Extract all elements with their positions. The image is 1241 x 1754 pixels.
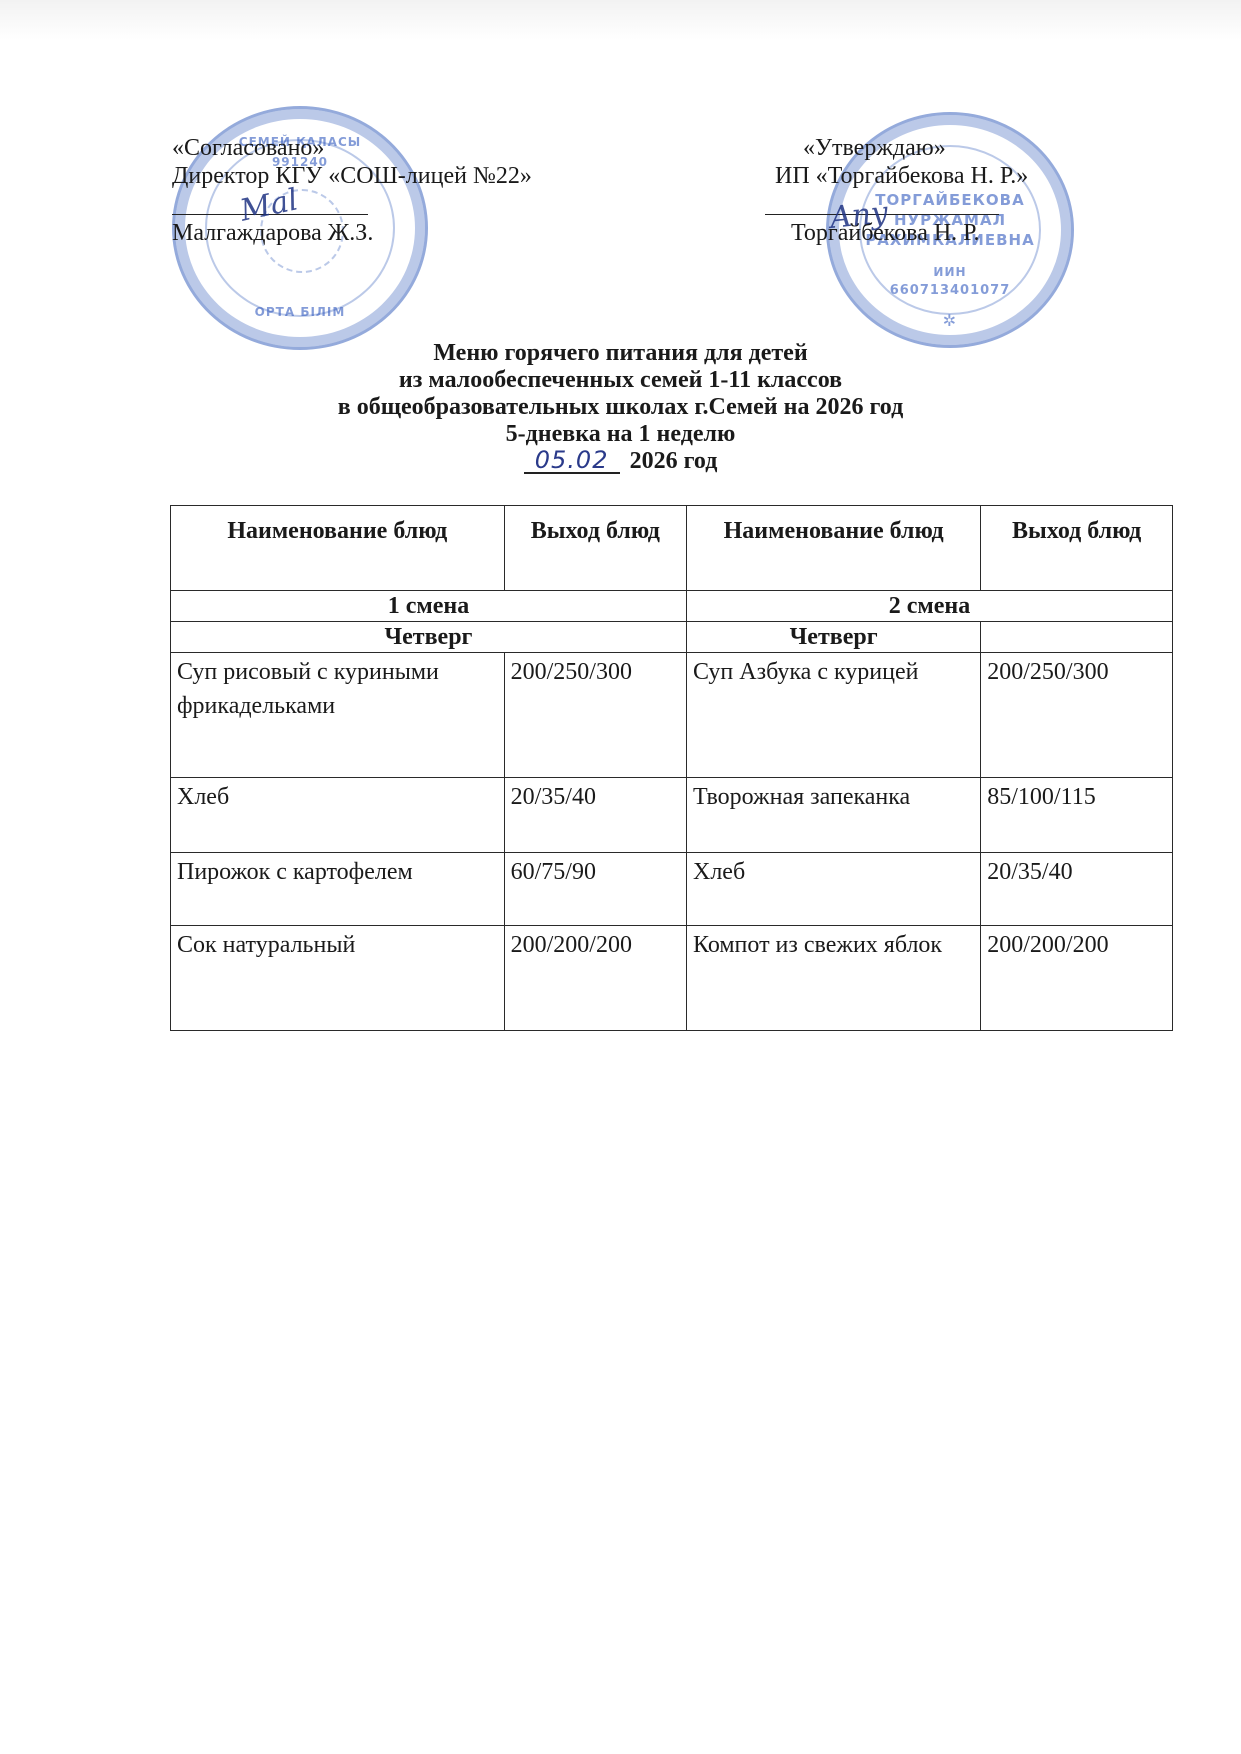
agreed-label: «Согласовано»	[172, 134, 532, 162]
table-row: Суп рисовый с куриными фрикадельками 200…	[171, 653, 1173, 778]
day-shift-1: Четверг	[171, 622, 687, 653]
dish-2: Творожная запеканка	[687, 778, 981, 853]
director-position: Директор КГУ «СОШ-лицей №22»	[172, 162, 532, 190]
yield-1: 200/250/300	[504, 653, 686, 778]
table-header-row: Наименование блюд Выход блюд Наименовани…	[171, 506, 1173, 591]
dish-1: Суп рисовый с куриными фрикадельками	[171, 653, 505, 778]
dish-2: Суп Азбука с курицей	[687, 653, 981, 778]
star-icon: ✲	[829, 311, 1071, 330]
table-row: Сок натуральный 200/200/200 Компот из св…	[171, 926, 1173, 1031]
director-name: Малгаждарова Ж.З.	[172, 219, 532, 247]
shift-row: 1 смена 2 смена	[171, 591, 1173, 622]
yield-1: 200/200/200	[504, 926, 686, 1031]
shift-1: 1 смена	[171, 591, 687, 622]
yield-2: 20/35/40	[981, 853, 1173, 926]
date-line: 05.02 2026 год	[0, 448, 1241, 475]
yield-2: 200/200/200	[981, 926, 1173, 1031]
title-line-3: в общеобразовательных школах г.Семей на …	[0, 394, 1241, 421]
entrepreneur-name: Торгайбекова Н. Р.	[775, 219, 1028, 247]
yield-1: 20/35/40	[504, 778, 686, 853]
agreed-block: «Согласовано» Директор КГУ «СОШ-лицей №2…	[172, 134, 532, 247]
dish-1: Пирожок с картофелем	[171, 853, 505, 926]
dish-2: Компот из свежих яблок	[687, 926, 981, 1031]
approved-block: «Утверждаю» ИП «Торгайбекова Н. Р.» Торг…	[775, 134, 1028, 247]
title-line-1: Меню горячего питания для детей	[0, 340, 1241, 367]
day-shift-2: Четверг	[687, 622, 981, 653]
entrepreneur-position: ИП «Торгайбекова Н. Р.»	[775, 162, 1028, 190]
title-line-4: 5-дневка на 1 неделю	[0, 421, 1241, 448]
signature-line	[765, 214, 999, 215]
table-row: Хлеб 20/35/40 Творожная запеканка 85/100…	[171, 778, 1173, 853]
yield-1: 60/75/90	[504, 853, 686, 926]
dish-2: Хлеб	[687, 853, 981, 926]
title-line-2: из малообеспеченных семей 1-11 классов	[0, 367, 1241, 394]
date-suffix: 2026 год	[630, 448, 718, 474]
header-dish-name-1: Наименование блюд	[171, 506, 505, 591]
header-dish-name-2: Наименование блюд	[687, 506, 981, 591]
approved-label: «Утверждаю»	[775, 134, 1028, 162]
menu-table: Наименование блюд Выход блюд Наименовани…	[170, 505, 1173, 1031]
yield-2: 85/100/115	[981, 778, 1173, 853]
table-row: Пирожок с картофелем 60/75/90 Хлеб 20/35…	[171, 853, 1173, 926]
dish-1: Хлеб	[171, 778, 505, 853]
signature-line	[172, 214, 368, 215]
dish-1: Сок натуральный	[171, 926, 505, 1031]
handwritten-date: 05.02	[524, 448, 620, 474]
shift-2: 2 смена	[687, 591, 1173, 622]
document-title: Меню горячего питания для детей из малоо…	[0, 340, 1241, 475]
day-empty-cell	[981, 622, 1173, 653]
stamp-iin-label: ИИН	[829, 265, 1071, 279]
stamp-iin: 660713401077	[829, 283, 1071, 298]
header-yield-2: Выход блюд	[981, 506, 1173, 591]
scan-edge	[0, 0, 1241, 40]
day-row: Четверг Четверг	[171, 622, 1173, 653]
header-yield-1: Выход блюд	[504, 506, 686, 591]
stamp-bottom-text: ОРТА БІЛІМ	[175, 305, 425, 319]
yield-2: 200/250/300	[981, 653, 1173, 778]
